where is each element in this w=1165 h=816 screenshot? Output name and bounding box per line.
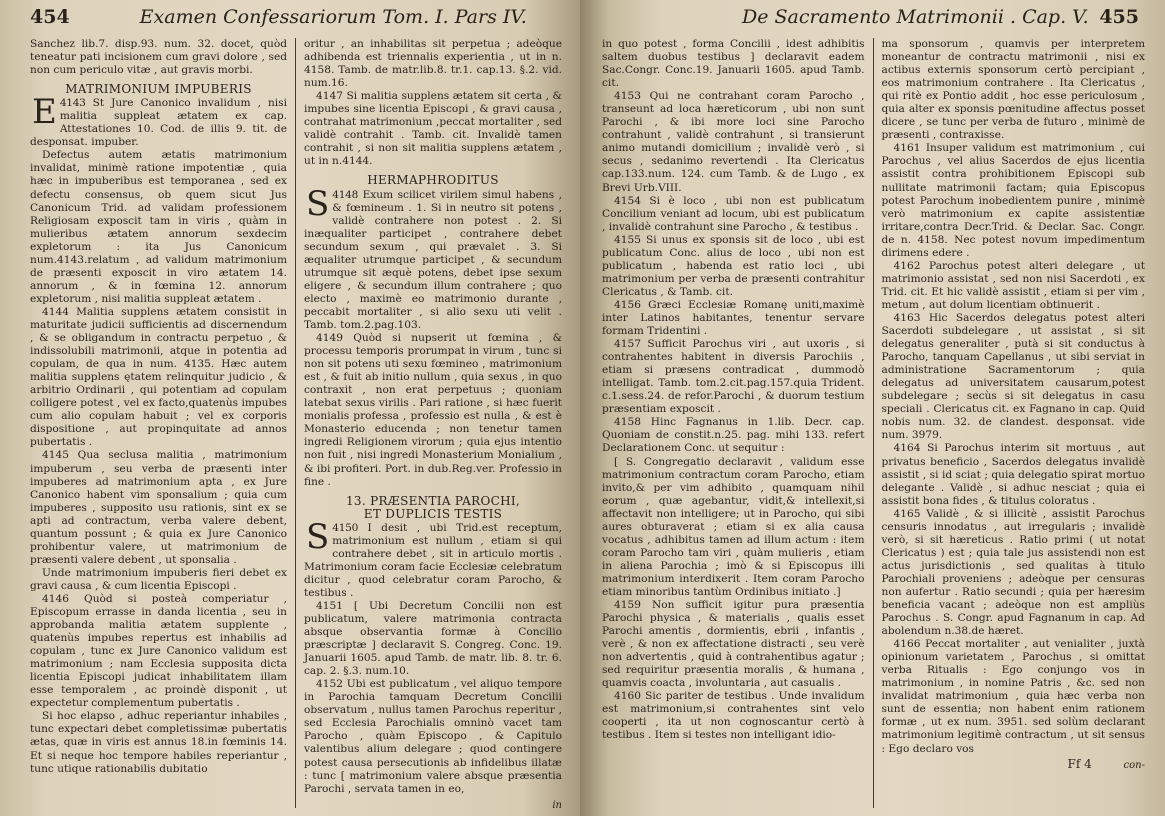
paragraph-declaration: [ S. Congregatio declaravit , validum es… xyxy=(602,456,865,600)
drop-cap: E xyxy=(32,98,57,126)
paragraph-4148: 4148 S Exum scilicet virilem simul haben… xyxy=(304,189,562,333)
paragraph: Si hoc elapso , adhuc reperiantur inhabi… xyxy=(30,710,287,775)
right-columns: in quo potest , forma Concilii , idest a… xyxy=(602,38,1145,808)
paragraph-4156: 4156 Græci Ecclesiæ Romanę uniti,maximè … xyxy=(602,299,865,338)
paragraph-4144: 4144 Malitia supplens ætatem consistit i… xyxy=(30,306,287,450)
right-signature-line: Ff 4 con- xyxy=(882,758,1146,772)
paragraph: Defectus autem ætatis matrimonium invali… xyxy=(30,149,287,306)
paragraph: oritur , an inhabilitas sit perpetua ; a… xyxy=(304,38,562,90)
paragraph-4152: 4152 Ubi est publicatum , vel aliquo tem… xyxy=(304,678,562,795)
paragraph-4157: 4157 Sufficit Parochus viri , aut uxoris… xyxy=(602,338,865,416)
left-running-head: 454 Examen Confessariorum Tom. I. Pars I… xyxy=(30,6,562,34)
section-heading-hermaphroditus: HERMAPHRODITUS xyxy=(304,174,562,187)
paragraph-4154: 4154 Si è loco , ubi non est publicatum … xyxy=(602,195,865,234)
drop-cap: S xyxy=(306,190,329,218)
paragraph-4161: 4161 Insuper validum est matrimonium , c… xyxy=(882,142,1146,259)
paragraph-4165: 4165 Validè , & si illicitè , assistit P… xyxy=(882,508,1146,638)
paragraph-4149: 4149 Quòd si nupserit ut fœmina , & proc… xyxy=(304,332,562,489)
signature-mark: Ff 4 xyxy=(1068,757,1092,771)
paragraph-4159: 4159 Non sufficit igitur pura præsentia … xyxy=(602,599,865,690)
left-running-title: Examen Confessariorum Tom. I. Pars IV. xyxy=(140,6,527,28)
paragraph-4158: 4158 Hinc Fagnanus in 1.lib. Decr. cap. … xyxy=(602,416,865,455)
section-heading-impuberis: MATRIMONIUM IMPUBERIS xyxy=(30,83,287,96)
right-column-1: in quo potest , forma Concilii , idest a… xyxy=(602,38,874,808)
catchword: in xyxy=(552,800,562,808)
right-page: De Sacramento Matrimonii . Cap. V. 455 i… xyxy=(580,0,1165,816)
paragraph-4164: 4164 Si Parochus interim sit mortuus , a… xyxy=(882,442,1146,507)
paragraph: Sanchez lib.7. disp.93. num. 32. docet, … xyxy=(30,38,287,77)
section-heading-praesentia: 13. PRÆSENTIA PAROCHI, ET DUPLICIS TESTI… xyxy=(304,495,562,521)
paragraph-4162: 4162 Parochus potest alteri delegare , u… xyxy=(882,260,1146,312)
paragraph-4151: 4151 [ Ubi Decretum Concilii non est pub… xyxy=(304,600,562,678)
left-page-number: 454 xyxy=(30,6,70,28)
book-spread: 454 Examen Confessariorum Tom. I. Pars I… xyxy=(0,0,1165,816)
paragraph-number: 4150 xyxy=(332,522,358,534)
paragraph-4163: 4163 Hic Sacerdos delegatus potest alter… xyxy=(882,312,1146,442)
right-running-title: De Sacramento Matrimonii . Cap. V. xyxy=(742,6,1089,28)
paragraph-number: 4143 xyxy=(60,97,86,109)
paragraph: ma sponsorum , quamvis per interpretem m… xyxy=(882,38,1146,142)
paragraph-4153: 4153 Qui ne contrahant coram Parocho , t… xyxy=(602,90,865,194)
paragraph-4145: 4145 Qua seclusa malitia , matrimonium i… xyxy=(30,449,287,566)
right-column-2: ma sponsorum , quamvis per interpretem m… xyxy=(874,38,1146,808)
drop-cap: S xyxy=(306,523,329,551)
left-catchword-line: in xyxy=(304,798,562,808)
left-column-1: Sanchez lib.7. disp.93. num. 32. docet, … xyxy=(30,38,296,808)
paragraph-4146: 4146 Quòd si posteà comperiatur , Episco… xyxy=(30,593,287,710)
paragraph-4143: 4143 E St Jure Canonico invalidum , nisi… xyxy=(30,97,287,149)
left-column-2: oritur , an inhabilitas sit perpetua ; a… xyxy=(296,38,562,808)
paragraph-4155: 4155 Si unus ex sponsis sit de loco , ub… xyxy=(602,234,865,299)
left-columns: Sanchez lib.7. disp.93. num. 32. docet, … xyxy=(30,38,562,808)
paragraph-4147: 4147 Si malitia supplens ætatem sit cert… xyxy=(304,90,562,168)
heading-line-2: ET DUPLICIS TESTIS xyxy=(304,508,562,521)
heading-line-1: 13. PRÆSENTIA PAROCHI, xyxy=(304,495,562,508)
catchword: con- xyxy=(1124,760,1145,771)
left-page: 454 Examen Confessariorum Tom. I. Pars I… xyxy=(0,0,580,816)
right-page-number: 455 xyxy=(1099,6,1139,28)
paragraph-number: 4148 xyxy=(332,189,358,201)
paragraph-4150: 4150 S I desit , ubi Trid.est receptum, … xyxy=(304,522,562,600)
paragraph-4160: 4160 Sic pariter de testibus . Unde inva… xyxy=(602,690,865,742)
right-running-head: De Sacramento Matrimonii . Cap. V. 455 xyxy=(602,6,1145,34)
paragraph-4166: 4166 Peccat mortaliter , aut venialiter … xyxy=(882,638,1146,755)
paragraph: in quo potest , forma Concilii , idest a… xyxy=(602,38,865,90)
paragraph-text: Exum scilicet virilem simul habens , & f… xyxy=(304,189,562,331)
paragraph: Unde matrimonium impuberis fieri debet e… xyxy=(30,567,287,593)
